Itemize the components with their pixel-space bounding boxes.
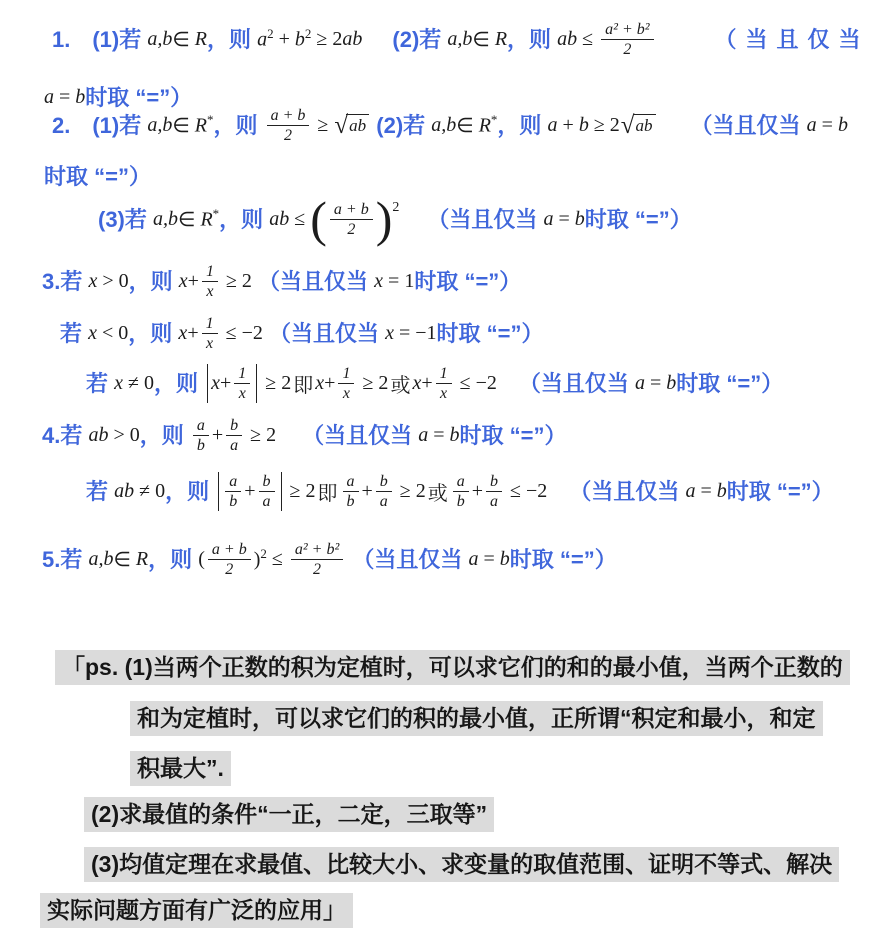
cn-text: 时取 “=”） xyxy=(585,206,692,234)
math-upright: ∈ xyxy=(456,113,473,138)
gap-spacer xyxy=(497,383,519,384)
cn-text: 3.若 xyxy=(42,268,88,296)
big-paren-right: ) xyxy=(376,198,393,241)
cn-text: ，则 xyxy=(128,320,178,348)
fraction-denominator: x xyxy=(202,282,217,301)
math-upright: ≥ 2 xyxy=(357,372,388,395)
gap-spacer xyxy=(657,125,691,126)
fraction-denominator: a xyxy=(259,492,275,511)
math-upright: ≥ 2 xyxy=(260,372,291,395)
math-italic: a xyxy=(418,424,428,447)
math-italic-sup: R* xyxy=(195,207,219,232)
formula-line-3b: 若 x < 0，则 x+1x ≤ −2 （当且仅当 x = −1时取 “=”） xyxy=(60,314,544,353)
fraction-numerator: a xyxy=(343,472,359,492)
math-upright: ≤ xyxy=(289,208,310,231)
math-cjk: 或 xyxy=(388,369,412,398)
gap-spacer xyxy=(657,39,715,40)
fraction-numerator: b xyxy=(486,472,502,492)
gap-spacer xyxy=(399,219,427,220)
cn-text: ，则 xyxy=(507,26,557,54)
fraction-denominator: 2 xyxy=(280,126,296,145)
math-upright: ≤ xyxy=(577,28,598,51)
formula-line-3a: 3.若 x > 0，则 x+1x ≥ 2 （当且仅当 x = 1时取 “=”） xyxy=(42,262,521,301)
fraction: a + b2 xyxy=(267,106,310,145)
fraction-numerator: 1 xyxy=(202,262,218,282)
math-italic: b xyxy=(450,424,460,447)
math-upright: ≤ −2 xyxy=(505,480,547,503)
math-upright: = −1 xyxy=(394,322,437,345)
math-italic: x xyxy=(412,372,421,395)
math-upright: = 1 xyxy=(383,270,414,293)
math-italic: a,b xyxy=(88,548,113,571)
math-italic: x xyxy=(315,372,324,395)
math-italic: x xyxy=(179,270,188,293)
fraction: a² + b²2 xyxy=(291,540,343,579)
fraction-numerator: 1 xyxy=(202,314,218,334)
math-italic: a,b xyxy=(447,28,472,51)
fraction: a² + b²2 xyxy=(601,20,653,59)
math-upright: + xyxy=(187,322,198,345)
math-italic: b xyxy=(579,114,589,137)
fraction: ba xyxy=(486,472,502,511)
math-italic: b xyxy=(500,548,510,571)
math-italic: b xyxy=(666,372,676,395)
cn-text: ，则 xyxy=(219,206,269,234)
cn-text: （当且仅当 xyxy=(263,320,385,348)
math-upright: + xyxy=(472,480,483,503)
radicand: ab xyxy=(346,114,369,136)
fraction-denominator: b xyxy=(193,436,209,455)
cn-text: 若 xyxy=(86,370,114,398)
math-upright: ≠ 0 xyxy=(134,480,165,503)
abs-value-group: x+1x xyxy=(207,364,257,403)
cn-text: 时取 “=”） xyxy=(510,546,617,574)
math-upright: + xyxy=(421,372,432,395)
cn-text: 时取 “=”） xyxy=(727,478,834,506)
fraction: 1x xyxy=(202,314,218,353)
cn-text: 时取 “=”） xyxy=(414,268,521,296)
fraction-numerator: 1 xyxy=(234,364,250,384)
formula-line-2c: (3)若 a,b∈ R*，则 ab ≤ (a + b2)2（当且仅当 a = b… xyxy=(98,198,692,241)
fraction-denominator: x xyxy=(202,334,217,353)
math-upright: + xyxy=(212,424,223,447)
fraction-denominator: x xyxy=(436,384,451,403)
fraction-numerator: a² + b² xyxy=(291,540,343,560)
cn-text: ，则 xyxy=(214,112,264,140)
big-paren-group: (a + b2)2 xyxy=(310,198,399,241)
formula-line-4b: 若 ab ≠ 0，则 ab+ba ≥ 2即ab+ba ≥ 2或ab+ba ≤ −… xyxy=(86,472,834,511)
cn-text: ，则 xyxy=(497,112,547,140)
gap-spacer xyxy=(362,39,392,40)
math-italic: x xyxy=(385,322,394,345)
math-italic: x xyxy=(374,270,383,293)
ps-line-3: 积最大”. xyxy=(130,751,231,786)
fraction: 1x xyxy=(202,262,218,301)
math-upright: = xyxy=(817,114,838,137)
fraction-denominator: a xyxy=(226,436,242,455)
math-upright: ≤ −2 xyxy=(221,322,263,345)
math-italic: a xyxy=(468,548,478,571)
math-italic-sup: b2 xyxy=(295,27,312,52)
fraction: a + b2 xyxy=(330,200,373,239)
formula-line-5: 5.若 a,b∈ R，则 (a + b2)2 ≤ a² + b²2 （当且仅当 … xyxy=(42,540,617,579)
fraction-numerator: a xyxy=(193,416,209,436)
cn-text: ，则 xyxy=(207,26,257,54)
cn-text: 时取 “=”） xyxy=(460,422,567,450)
math-italic: ab xyxy=(114,480,134,503)
fraction-denominator: b xyxy=(225,492,241,511)
math-upright: ≥ 2 xyxy=(245,424,276,447)
math-upright: ≥ 2 xyxy=(285,480,316,503)
sqrt-radical: √ab xyxy=(334,113,369,138)
fraction-numerator: b xyxy=(376,472,392,492)
math-italic: a xyxy=(807,114,817,137)
gap-spacer xyxy=(276,435,302,436)
fraction-numerator: a + b xyxy=(330,200,373,220)
cn-text: ，则 xyxy=(154,370,204,398)
math-italic: b xyxy=(838,114,848,137)
cn-text: ，则 xyxy=(129,268,179,296)
ps-line-1: 「ps. (1)当两个正数的积为定植时，可以求它们的和的最小值，当两个正数的 xyxy=(55,650,850,685)
cn-text: 1. (1)若 xyxy=(52,26,147,54)
fraction: 1x xyxy=(338,364,354,403)
math-italic: ab xyxy=(342,28,362,51)
math-italic: b xyxy=(575,208,585,231)
math-italic: a,b xyxy=(431,114,456,137)
math-italic: x xyxy=(88,322,97,345)
math-upright: ≤ xyxy=(267,548,288,571)
fraction-denominator: a xyxy=(486,492,502,511)
math-upright: ≥ 2 xyxy=(589,114,620,137)
math-upright: ∈ xyxy=(172,113,189,138)
fraction: a + b2 xyxy=(208,540,251,579)
fraction-numerator: a² + b² xyxy=(601,20,653,40)
abs-value-group: ab+ba xyxy=(218,472,281,511)
math-upright: + xyxy=(558,114,579,137)
radicand: ab xyxy=(633,114,656,136)
math-italic: R xyxy=(490,28,507,51)
math-upright: < 0 xyxy=(97,322,128,345)
cn-text: （当且仅当 xyxy=(302,422,418,450)
cn-text: ，则 xyxy=(140,422,190,450)
fraction-denominator: 2 xyxy=(343,220,359,239)
formula-line-2a: 2. (1)若 a,b∈ R*，则 a + b2 ≥ √ab (2)若 a,b∈… xyxy=(52,106,848,145)
fraction-denominator: 2 xyxy=(619,40,635,59)
math-upright: > 0 xyxy=(108,424,139,447)
math-italic: a,b xyxy=(153,208,178,231)
fraction-numerator: b xyxy=(259,472,275,492)
math-italic: a xyxy=(635,372,645,395)
formula-line-4a: 4.若 ab > 0，则 ab+ba ≥ 2（当且仅当 a = b时取 “=”） xyxy=(42,416,567,455)
fraction-denominator: 2 xyxy=(221,560,237,579)
formula-line-2b: 时取 “=”） xyxy=(44,163,151,191)
math-upright: = xyxy=(554,208,575,231)
cn-text: （当且仅当 xyxy=(691,112,807,140)
cn-text: 2. (1)若 xyxy=(52,112,147,140)
cn-text: （当且仅当 xyxy=(346,546,468,574)
math-upright: + xyxy=(220,372,231,395)
formula-line-1a: 1. (1)若 a,b∈ R，则 a2 + b2 ≥ 2ab(2)若 a,b∈ … xyxy=(52,20,870,59)
cn-text: （当且仅当 xyxy=(519,370,635,398)
math-italic-sup: R* xyxy=(474,113,498,138)
math-italic-sup: a2 xyxy=(257,27,274,52)
fraction-denominator: a xyxy=(376,492,392,511)
math-upright: + xyxy=(188,270,199,293)
cn-text: （当且仅当 xyxy=(569,478,685,506)
math-italic: a xyxy=(685,480,695,503)
math-upright: > 0 xyxy=(97,270,128,293)
math-italic: R xyxy=(190,28,207,51)
math-notes-page: { "colors": { "blue": "#3F66DB", "ink": … xyxy=(0,0,876,937)
fraction: 1x xyxy=(436,364,452,403)
fraction: ab xyxy=(225,472,241,511)
cn-text: 时取 “=”） xyxy=(437,320,544,348)
cn-text: (2)若 xyxy=(370,112,431,140)
cn-text: 时取 “=”） xyxy=(44,163,151,191)
big-paren-left: ( xyxy=(310,198,327,241)
fraction-numerator: a xyxy=(453,472,469,492)
cn-text: ，则 xyxy=(165,478,215,506)
math-upright: + xyxy=(244,480,255,503)
big-paren-exponent: 2 xyxy=(392,200,399,216)
fraction-denominator: x xyxy=(235,384,250,403)
math-upright: ≥ xyxy=(312,114,333,137)
fraction: ba xyxy=(376,472,392,511)
fraction-numerator: b xyxy=(226,416,242,436)
fraction-denominator: b xyxy=(453,492,469,511)
math-italic: R xyxy=(131,548,148,571)
math-upright: = xyxy=(478,548,499,571)
cn-text: 若 xyxy=(86,478,114,506)
cn-text-spaced: （当且仅当 xyxy=(715,26,870,54)
cn-text: (3)若 xyxy=(98,206,153,234)
math-cjk: 即 xyxy=(316,477,340,506)
math-italic: x xyxy=(114,372,123,395)
math-upright: ≥ 2 xyxy=(395,480,426,503)
math-italic: x xyxy=(178,322,187,345)
math-italic: a xyxy=(548,114,558,137)
fraction-numerator: a + b xyxy=(267,106,310,126)
math-upright: ∈ xyxy=(472,27,489,52)
cn-text: 4.若 xyxy=(42,422,88,450)
cn-text: （当且仅当 xyxy=(427,206,543,234)
sqrt-radical: √ab xyxy=(621,113,656,138)
formula-line-3c: 若 x ≠ 0，则 x+1x ≥ 2即x+1x ≥ 2或x+1x ≤ −2（当且… xyxy=(86,364,783,403)
math-italic: a,b xyxy=(147,114,172,137)
fraction-denominator: b xyxy=(343,492,359,511)
cn-text: 5.若 xyxy=(42,546,88,574)
math-upright: + xyxy=(324,372,335,395)
math-upright: = xyxy=(428,424,449,447)
math-cjk: 即 xyxy=(291,369,315,398)
fraction-numerator: a xyxy=(225,472,241,492)
math-upright: ( xyxy=(198,548,205,571)
math-cjk: 或 xyxy=(426,477,450,506)
math-italic-sup: R* xyxy=(190,113,214,138)
cn-text: 若 xyxy=(60,320,88,348)
fraction: ba xyxy=(226,416,242,455)
ps-line-6: 实际问题方面有广泛的应用」 xyxy=(40,893,353,928)
math-italic: a xyxy=(544,208,554,231)
cn-text: 时取 “=”） xyxy=(676,370,783,398)
fraction-denominator: 2 xyxy=(309,560,325,579)
math-upright: ≥ 2 xyxy=(221,270,252,293)
fraction: ab xyxy=(343,472,359,511)
math-upright: ∈ xyxy=(172,27,189,52)
ps-line-4: (2)求最值的条件“一正，二定，三取等” xyxy=(84,797,494,832)
fraction: ba xyxy=(259,472,275,511)
cn-text: ，则 xyxy=(148,546,198,574)
math-italic: ab xyxy=(557,28,577,51)
math-upright: ≥ 2 xyxy=(311,28,342,51)
ps-line-2: 和为定植时，可以求它们的积的最小值，正所谓“积定和最小，和定 xyxy=(130,701,823,736)
math-upright: + xyxy=(362,480,373,503)
math-upright: + xyxy=(274,28,295,51)
math-upright: ≤ −2 xyxy=(455,372,497,395)
fraction-denominator: x xyxy=(339,384,354,403)
fraction: ab xyxy=(193,416,209,455)
math-italic: a,b xyxy=(147,28,172,51)
math-italic: b xyxy=(717,480,727,503)
fraction-numerator: 1 xyxy=(436,364,452,384)
fraction: 1x xyxy=(234,364,250,403)
fraction: ab xyxy=(453,472,469,511)
math-italic: x xyxy=(211,372,220,395)
ps-line-5: (3)均值定理在求最值、比较大小、求变量的取值范围、证明不等式、解决 xyxy=(84,847,839,882)
fraction-numerator: a + b xyxy=(208,540,251,560)
gap-spacer xyxy=(547,491,569,492)
math-italic: x xyxy=(88,270,97,293)
math-italic: ab xyxy=(269,208,289,231)
math-upright: = xyxy=(645,372,666,395)
math-upright: ∈ xyxy=(113,547,130,572)
math-upright: ∈ xyxy=(178,207,195,232)
math-upright: ≠ 0 xyxy=(123,372,154,395)
fraction-numerator: 1 xyxy=(338,364,354,384)
math-upright-sup: )2 xyxy=(254,547,267,572)
cn-text: （当且仅当 xyxy=(252,268,374,296)
cn-text: (2)若 xyxy=(392,26,447,54)
math-upright: = xyxy=(695,480,716,503)
math-italic: ab xyxy=(88,424,108,447)
